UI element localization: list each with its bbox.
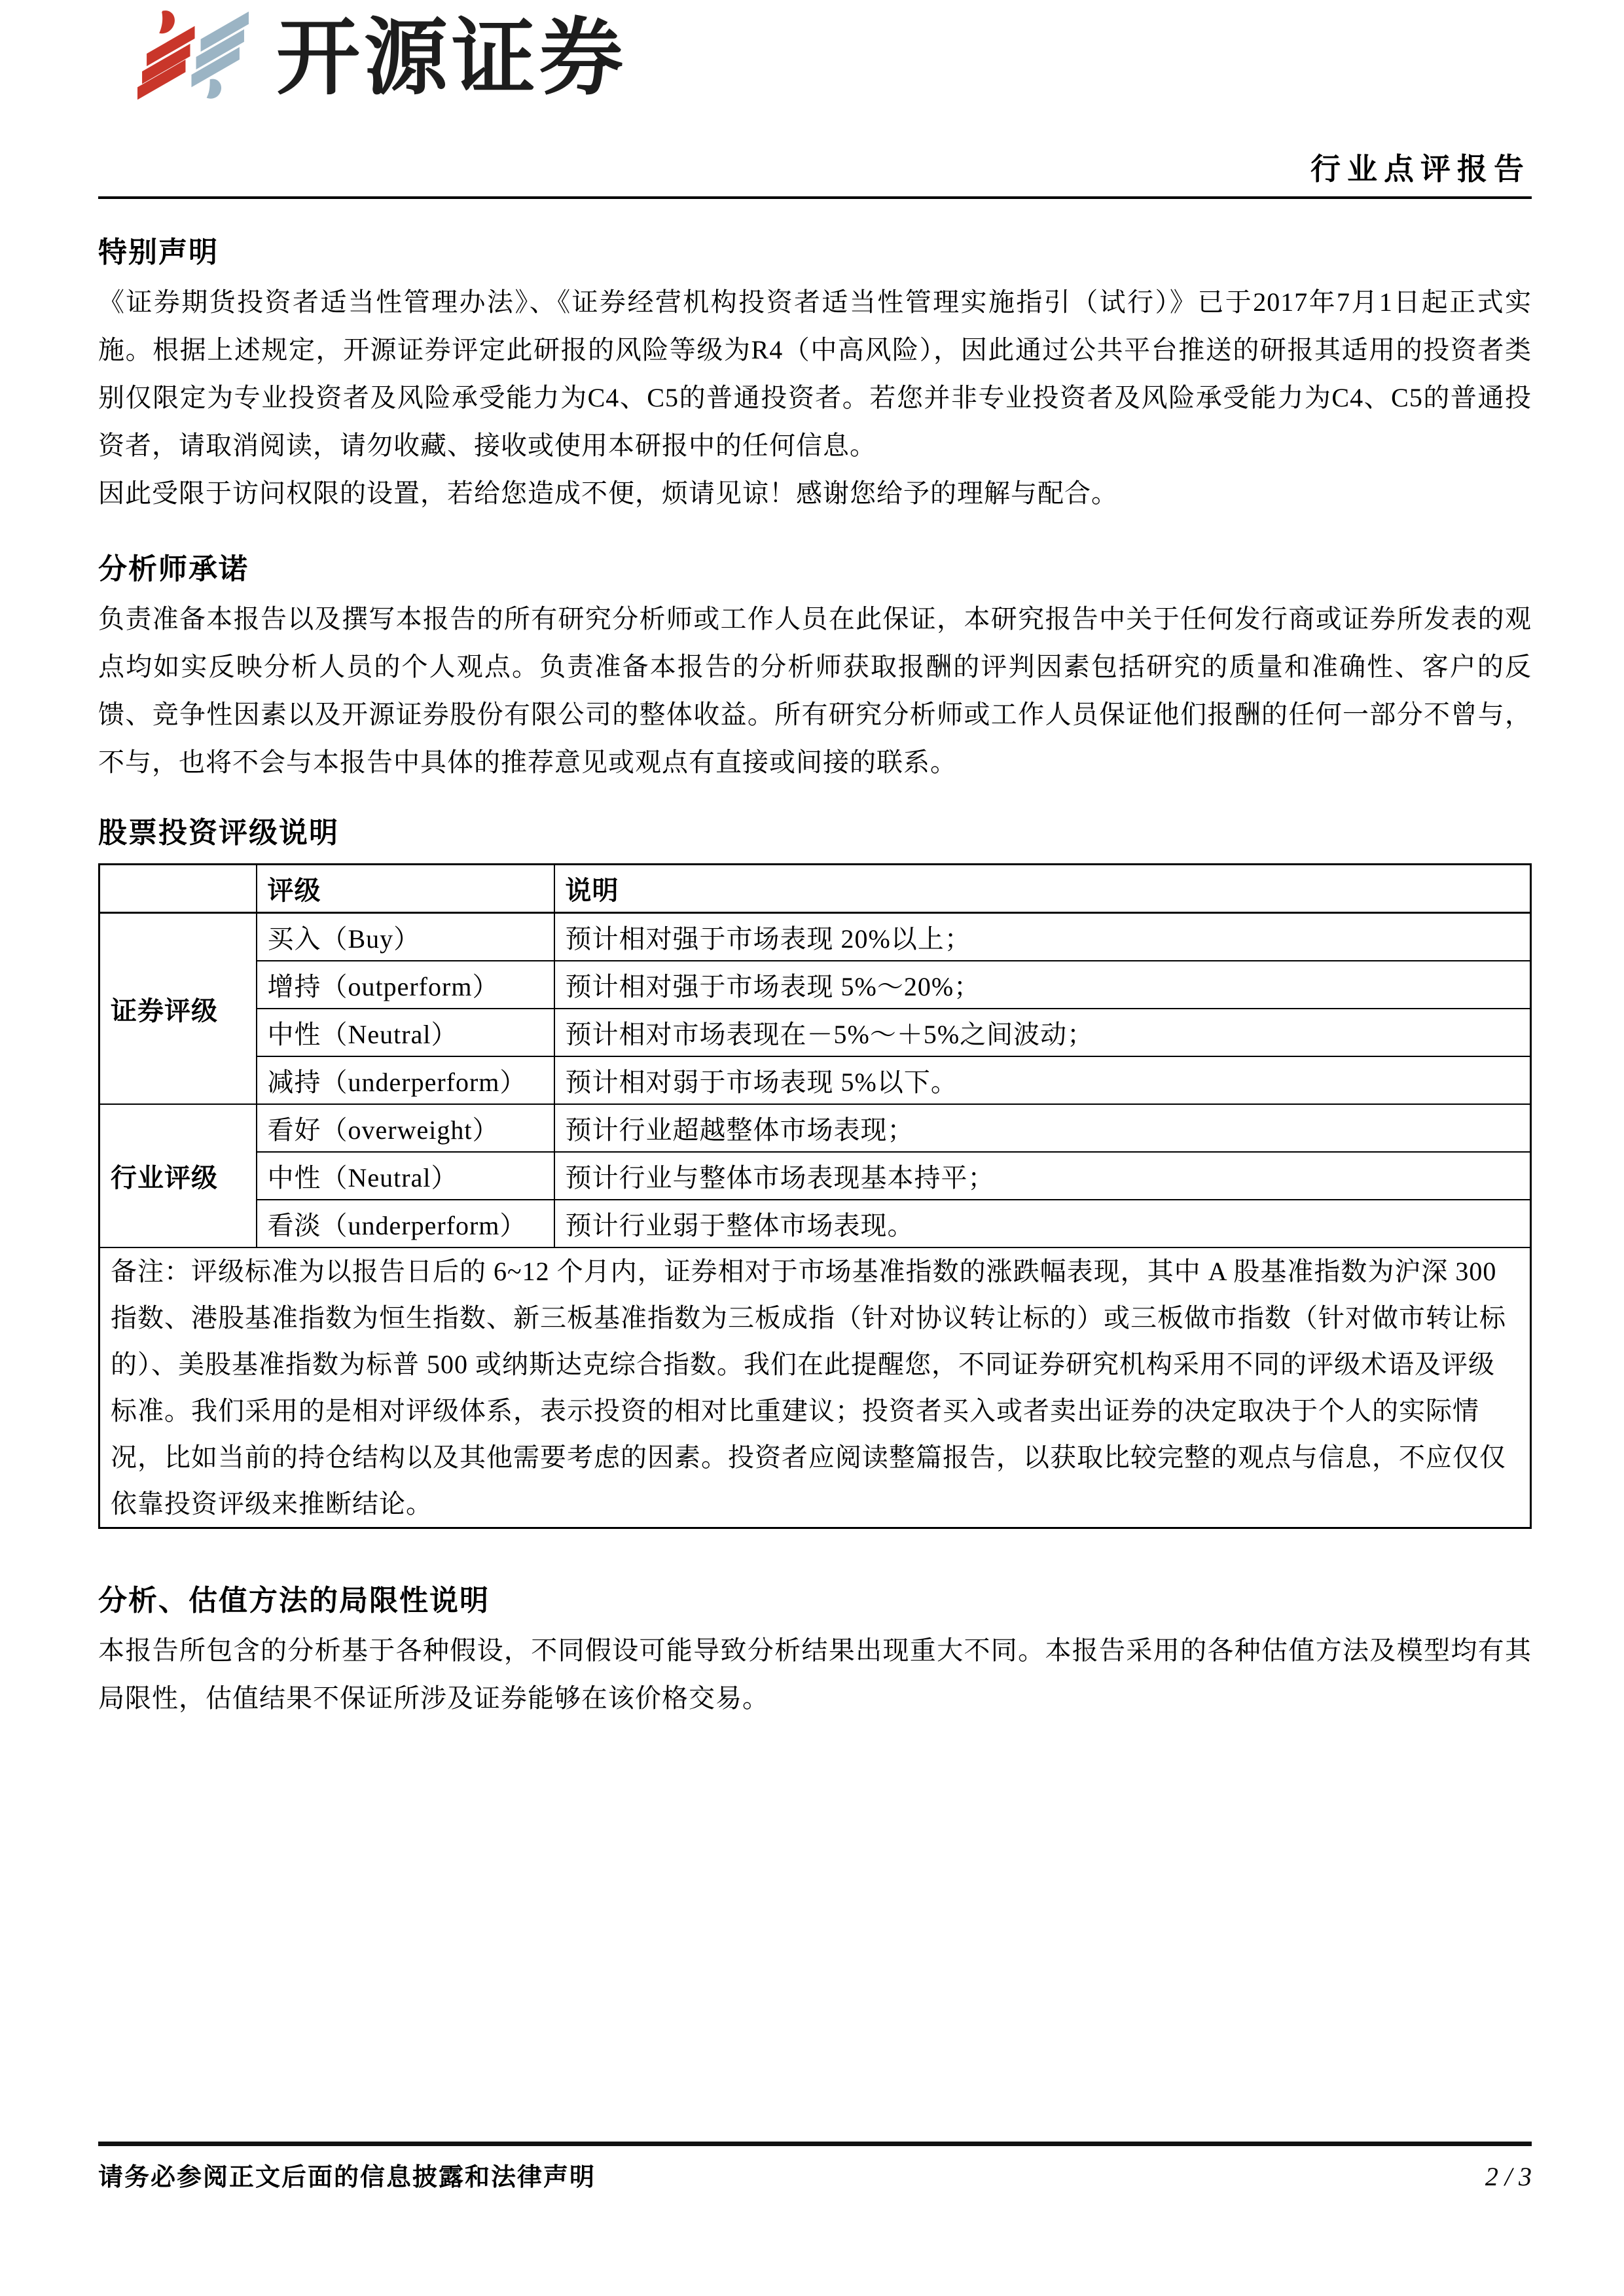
section-title-limitations: 分析、估值方法的局限性说明	[98, 1584, 1532, 1619]
group-cell-security-rating: 证券评级	[99, 913, 257, 1105]
rating-cell: 看淡（underperform）	[257, 1200, 554, 1247]
rating-desc-cell: 预计行业与整体市场表现基本持平；	[554, 1152, 1531, 1200]
table-row: 减持（underperform） 预计相对弱于市场表现 5%以下。	[99, 1056, 1531, 1104]
kaiyuan-logo-icon	[136, 9, 251, 102]
table-row: 行业评级 看好（overweight） 预计行业超越整体市场表现；	[99, 1104, 1531, 1152]
rating-cell: 减持（underperform）	[257, 1056, 554, 1104]
table-note-row: 备注：评级标准为以报告日后的 6~12 个月内，证券相对于市场基准指数的涨跌幅表…	[99, 1247, 1531, 1528]
rating-cell: 增持（outperform）	[257, 961, 554, 1009]
rating-cell: 中性（Neutral）	[257, 1152, 554, 1200]
table-row: 看淡（underperform） 预计行业弱于整体市场表现。	[99, 1200, 1531, 1247]
logo-text: 开源证券	[276, 11, 627, 100]
special-statement-paragraph: 《证券期货投资者适当性管理办法》、《证券经营机构投资者适当性管理实施指引（试行）…	[98, 278, 1532, 469]
group-cell-industry-rating: 行业评级	[99, 1104, 257, 1247]
rating-note-cell: 备注：评级标准为以报告日后的 6~12 个月内，证券相对于市场基准指数的涨跌幅表…	[99, 1247, 1531, 1528]
analyst-commitment-paragraph: 负责准备本报告以及撰写本报告的所有研究分析师或工作人员在此保证，本研究报告中关于…	[98, 595, 1532, 786]
rating-cell: 买入（Buy）	[257, 913, 554, 961]
rating-desc-cell: 预计相对强于市场表现 5%～20%；	[554, 961, 1531, 1009]
table-row: 中性（Neutral） 预计行业与整体市场表现基本持平；	[99, 1152, 1531, 1200]
page-number: 2 / 3	[1485, 2161, 1532, 2192]
company-logo: 开源证券	[136, 9, 627, 102]
rating-desc-cell: 预计相对弱于市场表现 5%以下。	[554, 1056, 1531, 1104]
header-cell-description: 说明	[554, 865, 1531, 913]
report-type-label: 行业点评报告	[1310, 145, 1530, 188]
rating-desc-cell: 预计相对强于市场表现 20%以上；	[554, 913, 1531, 961]
header-cell-empty	[99, 865, 257, 913]
rating-cell: 中性（Neutral）	[257, 1009, 554, 1056]
page-header: 开源证券 行业点评报告	[98, 0, 1532, 199]
rating-cell: 看好（overweight）	[257, 1104, 554, 1152]
table-row: 证券评级 买入（Buy） 预计相对强于市场表现 20%以上；	[99, 913, 1531, 961]
header-cell-rating: 评级	[257, 865, 554, 913]
footer-disclaimer: 请务必参阅正文后面的信息披露和法律声明	[98, 2157, 596, 2193]
page-content: 开源证券 行业点评报告 特别声明 《证券期货投资者适当性管理办法》、《证券经营机…	[98, 0, 1532, 1722]
rating-desc-cell: 预计行业弱于整体市场表现。	[554, 1200, 1531, 1247]
page-footer: 请务必参阅正文后面的信息披露和法律声明 2 / 3	[98, 2142, 1532, 2193]
special-statement-paragraph-2: 因此受限于访问权限的设置，若给您造成不便，烦请见谅！感谢您给予的理解与配合。	[98, 469, 1532, 517]
report-page: 开源证券 行业点评报告 特别声明 《证券期货投资者适当性管理办法》、《证券经营机…	[0, 0, 1624, 2296]
rating-table: 评级 说明 证券评级 买入（Buy） 预计相对强于市场表现 20%以上； 增持（…	[98, 863, 1532, 1529]
section-title-analyst-commitment: 分析师承诺	[98, 552, 1532, 587]
rating-desc-cell: 预计行业超越整体市场表现；	[554, 1104, 1531, 1152]
rating-table-header-row: 评级 说明	[99, 865, 1531, 913]
rating-desc-cell: 预计相对市场表现在－5%～＋5%之间波动；	[554, 1009, 1531, 1056]
limitations-paragraph: 本报告所包含的分析基于各种假设，不同假设可能导致分析结果出现重大不同。本报告采用…	[98, 1626, 1532, 1722]
table-row: 中性（Neutral） 预计相对市场表现在－5%～＋5%之间波动；	[99, 1009, 1531, 1056]
section-title-special-statement: 特别声明	[98, 236, 1532, 270]
section-title-rating-explanation: 股票投资评级说明	[98, 816, 1532, 851]
table-row: 增持（outperform） 预计相对强于市场表现 5%～20%；	[99, 961, 1531, 1009]
